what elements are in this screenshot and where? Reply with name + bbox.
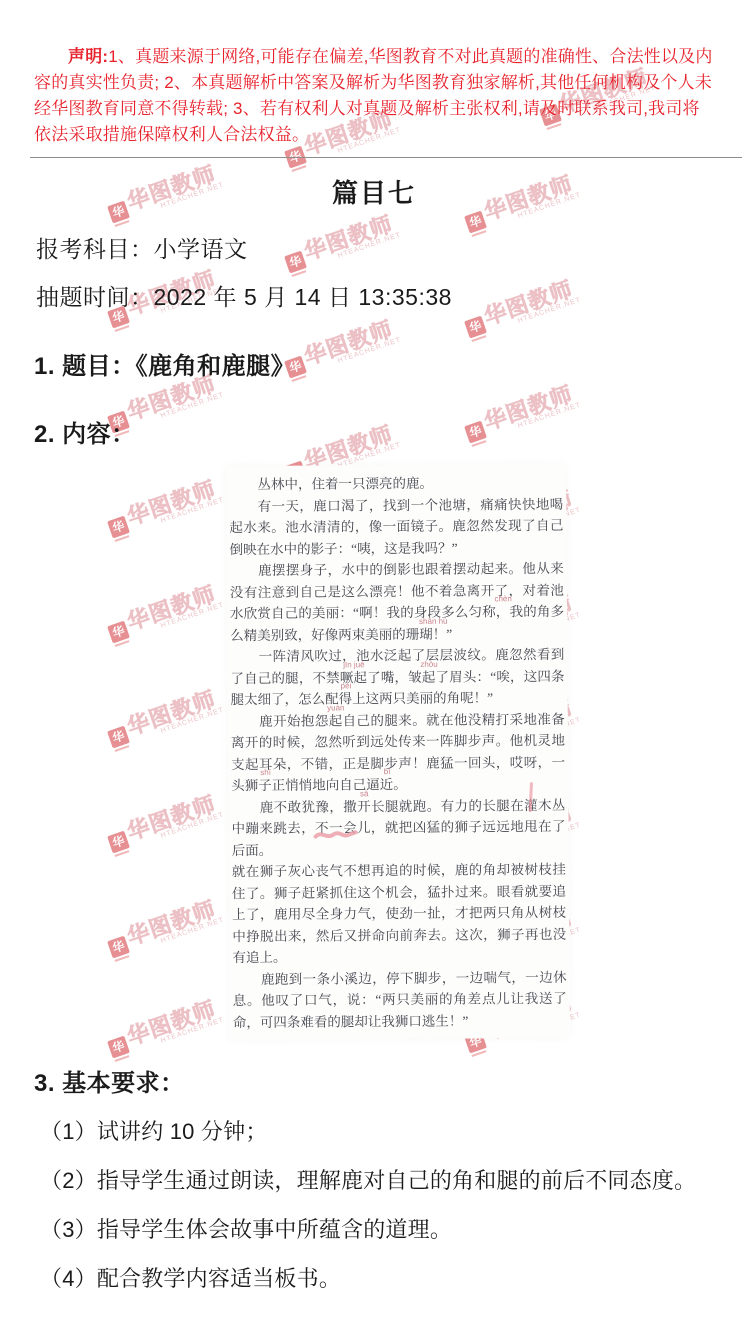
requirements-heading: 3. 基本要求： [34, 1063, 714, 1098]
pinyin-annotated-char: 撒sā [343, 799, 357, 814]
draw-time-label: 抽题时间： [36, 284, 154, 310]
pinyin-annotated-char: 称chèn [482, 604, 496, 619]
draw-time-value: 2022 年 5 月 14 日 13:35:38 [154, 284, 452, 310]
requirement-item: （2）指导学生通过朗读，理解鹿对自己的角和腿的前后不同态度。 [40, 1166, 714, 1196]
scan-paragraph: 一阵清风吹过，池水泛起了层层波纹。鹿忽然看到了自己的腿，不禁噘jīn juē起了… [230, 644, 564, 711]
scan-paragraph: 有一天，鹿口渴了，找到一个池塘，痛痛快快地喝起水来。池水清清的，像一面镜子。鹿忽… [229, 493, 563, 560]
red-scribble-mark [313, 827, 359, 841]
subject-line: 报考科目：小学语文 [36, 231, 714, 264]
pinyin-annotated-char: 珊瑚shān hú [406, 626, 433, 641]
scan-paragraph: 鹿跑到一条小溪边，停下脚步，一边喘气，一边休息。他叹了口气，说：“两只美丽的角差… [233, 966, 567, 1033]
content-scan: 丛林中，住着一只漂亮的鹿。有一天，鹿口渴了，找到一个池塘，痛痛快快地喝起水来。池… [226, 464, 570, 1040]
requirement-item: （3）指导学生体会故事中所蕴含的道理。 [40, 1215, 714, 1245]
content-heading: 2. 内容： [34, 414, 714, 449]
pinyin-annotated-char: 皱zhòu [408, 669, 422, 684]
disclaimer-text: 1、真题来源于网络,可能存在偏差,华图教育不对此真题的准确性、合法性以及内容的真… [34, 47, 713, 144]
page-title: 篇目七 [34, 173, 714, 210]
subject-value: 小学语文 [154, 236, 248, 262]
question-title-heading: 1. 题目：《鹿角和鹿腿》 [34, 346, 714, 381]
scan-paragraph: 鹿不敢犹豫，撒sā开长腿就跑。有力的长腿在灌木丛中蹦来跳去，不一会儿，就把凶猛的… [231, 794, 565, 861]
scan-paragraph: 鹿开始抱怨yuàn起自己的腿来。就在他没精打采地准备离开的时候，忽然听到远处传来… [231, 708, 566, 796]
scan-paragraph: 鹿摆摆身子，水中的倒影也跟着摆动起来。他从来没有注意到自己是这么漂亮！他不着急离… [230, 558, 565, 646]
exam-paper-page: 声明:1、真题来源于网络,可能存在偏差,华图教育不对此真题的准确性、合法性以及内… [0, 0, 748, 1294]
divider-line [30, 157, 742, 158]
requirement-item: （1）试讲约 10 分钟； [40, 1117, 714, 1147]
pinyin-annotated-char: 怨yuàn [315, 713, 329, 728]
pinyin-annotated-char: 狮shī [245, 778, 259, 793]
scan-paragraph: 丛林中，住着一只漂亮的鹿。 [229, 472, 563, 496]
disclaimer: 声明:1、真题来源于网络,可能存在偏差,华图教育不对此真题的准确性、合法性以及内… [34, 44, 716, 148]
scan-paragraph: 就在狮子灰心丧气不想再追的时候，鹿的角却被树枝挂住了。狮子赶紧抓住这个机会，猛扑… [232, 859, 567, 969]
subject-label: 报考科目： [36, 236, 154, 262]
requirement-item: （4）配合教学内容适当板书。 [40, 1264, 714, 1294]
draw-time-line: 抽题时间：2022 年 5 月 14 日 13:35:38 [36, 279, 714, 312]
disclaimer-prefix: 声明: [68, 47, 108, 66]
